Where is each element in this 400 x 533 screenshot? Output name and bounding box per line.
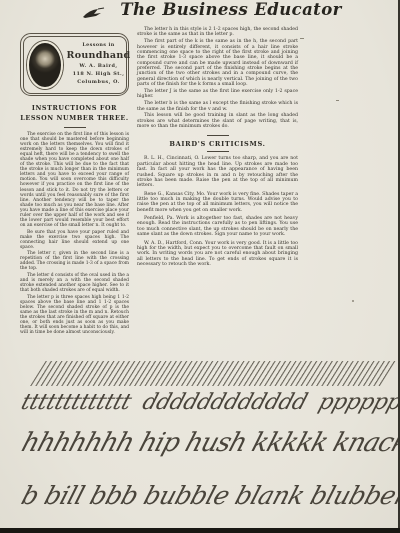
ink-speck (300, 38, 304, 39)
card-author: W. A. Baird, (67, 63, 131, 71)
criticisms-heading: BAIRD'S CRITICISMS. (137, 140, 298, 148)
practice-line-tdp: ttttttttttttt dddddddddddd pppppppppppp (18, 390, 400, 415)
card-lessons-in: Lessons in (67, 42, 131, 48)
lesson-card: Lessons in Roundhand W. A. Baird, 118 N.… (20, 33, 129, 96)
body-paragraph: Be sure that you have your paper ruled a… (20, 230, 129, 250)
body-paragraph: The letter d consists of the oval used i… (20, 273, 129, 293)
body-paragraph: The letter J is the same as the first li… (137, 89, 298, 100)
decorative-divider (207, 151, 229, 152)
criticism-paragraph: R. L. H., Cincinnati, O. Lower turns too… (137, 156, 298, 188)
decorative-divider (207, 135, 229, 136)
author-portrait-photo (27, 41, 63, 89)
text-columns: Lessons in Roundhand W. A. Baird, 118 N.… (20, 27, 298, 337)
body-paragraph: The exercise on the first line of this l… (20, 132, 129, 228)
card-street: 118 N. High St., (67, 71, 131, 79)
body-paragraph: The letter p is three spaces high being … (20, 295, 129, 336)
page-title: The Business Educator (118, 0, 344, 19)
body-paragraph: The letter b is the same as l except the… (137, 101, 298, 112)
stroke-drill-row (30, 361, 396, 386)
criticism-paragraph: Penfield, Pa. Work is altogether too fas… (137, 216, 298, 237)
practice-line-h-k-words: hhhhhhh hip hush kkkkk knack knot (18, 428, 400, 458)
left-column: Lessons in Roundhand W. A. Baird, 118 N.… (20, 27, 129, 337)
criticisms-section: BAIRD'S CRITICISMS. R. L. H., Cincinnati… (137, 135, 298, 267)
scanned-magazine-page: The Business Educator Lessons in Roundha… (0, 0, 400, 533)
body-paragraph: This lesson will be good training in sla… (137, 113, 298, 129)
card-city: Columbus, O. (67, 79, 131, 87)
decorative-divider (64, 127, 86, 128)
body-paragraph: The letter r, given in the second line i… (20, 251, 129, 271)
card-course-name: Roundhand (67, 50, 131, 61)
body-paragraph: The first part of the k is the same as i… (137, 39, 298, 87)
criticism-paragraph: W. A. D., Hartford, Conn. Your work is v… (137, 241, 298, 268)
right-column: The letter h in this style is 2 1-2 spac… (137, 27, 298, 337)
instructions-heading: INSTRUCTIONS FOR LESSON NUMBER THREE. (20, 104, 129, 124)
criticism-paragraph: Rene G., Kansas City, Mo. Your work is v… (137, 192, 298, 213)
pen-nib-icon (82, 5, 106, 24)
ink-speck (352, 300, 354, 302)
scan-edge-bottom (0, 528, 400, 533)
body-paragraph: The letter h in this style is 2 1-2 spac… (137, 27, 298, 38)
ink-speck (336, 100, 339, 101)
practice-line-b-words: b bill bbb bubble blank blubber blade b (18, 481, 400, 510)
